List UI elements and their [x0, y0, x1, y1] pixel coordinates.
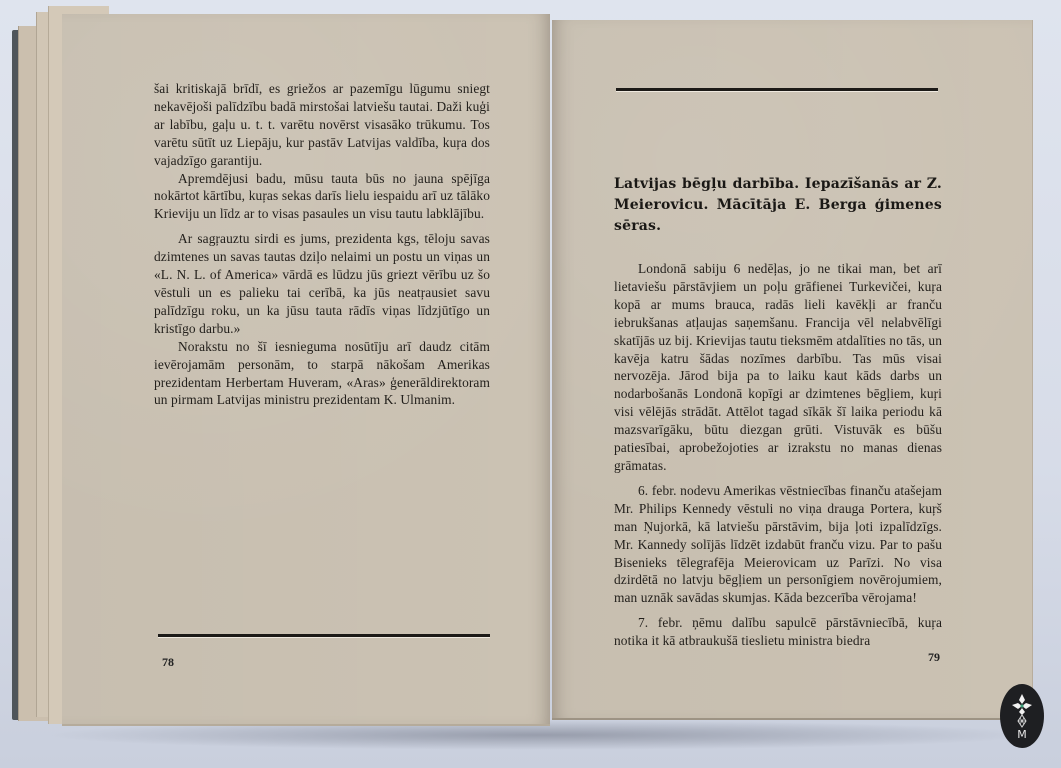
page-number: 79 [928, 650, 940, 665]
right-page-text: Londonā sabiju 6 nedēļas, jo ne tikai ma… [614, 260, 942, 650]
paragraph: Ar sagŗauztu sirdi es jums, prezidenta k… [154, 230, 490, 337]
paragraph: šai kritiskajā brīdī, es griežos ar paze… [154, 80, 490, 170]
floral-monogram-icon: M [1007, 692, 1037, 740]
left-page-text: šai kritiskajā brīdī, es griežos ar paze… [154, 80, 490, 409]
right-page: Latvijas bēgļu darbība. Iepazīšanās ar Z… [552, 20, 1033, 720]
watermark-badge: M [1000, 684, 1044, 748]
page-number: 78 [162, 655, 174, 670]
paragraph: Norakstu no šī iesnieguma nosūtīju arī d… [154, 338, 490, 410]
paragraph: Londonā sabiju 6 nedēļas, jo ne tikai ma… [614, 260, 942, 475]
decorative-rule [158, 634, 490, 638]
decorative-rule [616, 88, 938, 92]
paragraph: Apremdējusi badu, mūsu tauta būs no jaun… [154, 170, 490, 224]
svg-text:M: M [1017, 728, 1027, 740]
chapter-heading: Latvijas bēgļu darbība. Iepazīšanās ar Z… [614, 174, 942, 237]
paragraph: 6. febr. nodevu Amerikas vēstniecības fi… [614, 482, 942, 607]
paragraph: 7. febr. ņēmu dalību sapulcē pārstāvniec… [614, 614, 942, 650]
